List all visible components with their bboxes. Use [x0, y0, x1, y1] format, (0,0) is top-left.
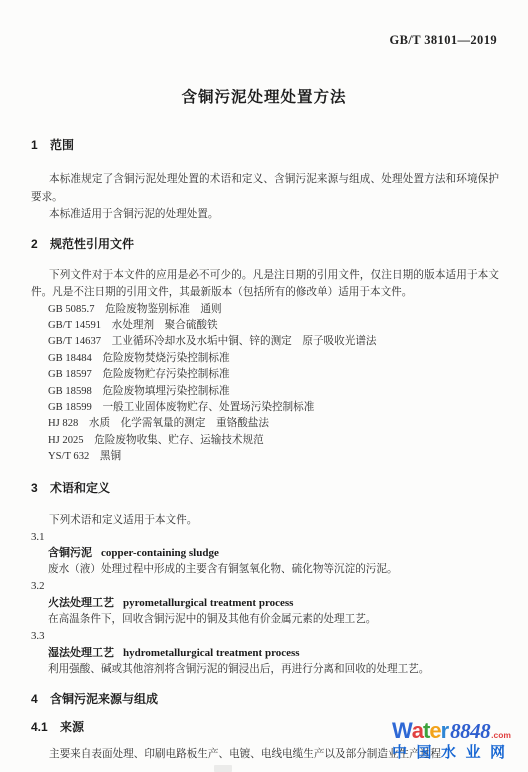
term-zh: 湿法处理工艺: [48, 647, 114, 659]
scope-paragraph-2: 本标准适用于含铜污泥的处理处置。: [31, 206, 499, 224]
reference-item: GB 18597 危险废物贮存污染控制标准: [31, 367, 499, 383]
reference-item: GB 18599 一般工业固体废物贮存、处置场污染控制标准: [31, 400, 499, 416]
section-number: 2: [31, 237, 38, 251]
page-number-artifact: [214, 765, 232, 772]
term-en: pyrometallurgical treatment process: [123, 597, 293, 609]
document-title: 含铜污泥处理处置方法: [0, 85, 528, 107]
term-definition: 在高温条件下，回收含铜污泥中的铜及其他有价金属元素的处理工艺。: [31, 612, 499, 628]
watermark-letter: e: [429, 719, 440, 743]
section-title: 含铜污泥来源与组成: [50, 692, 158, 706]
document-body: 1 范围 本标准规定了含铜污泥处理处置的术语和定义、含铜污泥来源与组成、处理处置…: [31, 138, 499, 764]
term-en: copper-containing sludge: [101, 547, 219, 559]
site-watermark: W a t e r 8848 .com 中国水业网: [392, 719, 526, 763]
reference-item: GB/T 14637 工业循环冷却水及水垢中铜、锌的测定 原子吸收光谱法: [31, 334, 499, 350]
section-title: 术语和定义: [50, 481, 110, 495]
scope-paragraph-1: 本标准规定了含铜污泥处理处置的术语和定义、含铜污泥来源与组成、处理处置方法和环境…: [31, 171, 499, 206]
terms-intro: 下列术语和定义适用于本文件。: [31, 512, 499, 529]
watermark-letter: r: [441, 719, 449, 743]
term-line: 含铜污泥copper-containing sludge: [31, 545, 499, 562]
section-heading-references: 2 规范性引用文件: [31, 237, 499, 251]
subsection-number: 4.1: [31, 720, 48, 734]
references-intro: 下列文件对于本文件的应用是必不可少的。凡是注日期的引用文件，仅注日期的版本适用于…: [31, 267, 499, 302]
reference-item: YS/T 632 黑铜: [31, 449, 499, 465]
clause-number: 3.3: [31, 628, 499, 644]
term-block: 3.3 湿法处理工艺hydrometallurgical treatment p…: [31, 628, 499, 678]
section-title: 规范性引用文件: [50, 237, 134, 251]
reference-list: GB 5085.7 危险废物鉴别标准 通则 GB/T 14591 水处理剂 聚合…: [31, 302, 499, 466]
term-line: 火法处理工艺pyrometallurgical treatment proces…: [31, 595, 499, 612]
reference-item: GB/T 14591 水处理剂 聚合硫酸铁: [31, 318, 499, 334]
subsection-title: 来源: [60, 720, 84, 734]
section-number: 1: [31, 138, 38, 152]
section-title: 范围: [50, 138, 74, 152]
term-zh: 火法处理工艺: [48, 597, 114, 609]
section-heading-terms: 3 术语和定义: [31, 481, 499, 495]
section-number: 4: [31, 692, 38, 706]
section-heading-source: 4 含铜污泥来源与组成: [31, 692, 499, 706]
section-number: 3: [31, 481, 38, 495]
reference-item: GB 18484 危险废物焚烧污染控制标准: [31, 351, 499, 367]
watermark-letter: a: [412, 719, 423, 743]
reference-item: HJ 828 水质 化学需氧量的测定 重铬酸盐法: [31, 416, 499, 432]
reference-item: HJ 2025 危险废物收集、贮存、运输技术规范: [31, 433, 499, 449]
scanned-standard-page: GB/T 38101—2019 含铜污泥处理处置方法 1 范围 本标准规定了含铜…: [0, 0, 528, 772]
term-line: 湿法处理工艺hydrometallurgical treatment proce…: [31, 645, 499, 662]
watermark-domain-suffix: .com: [491, 730, 511, 740]
clause-number: 3.1: [31, 529, 499, 545]
term-zh: 含铜污泥: [48, 547, 92, 559]
reference-item: GB 5085.7 危险废物鉴别标准 通则: [31, 302, 499, 318]
term-block: 3.2 火法处理工艺pyrometallurgical treatment pr…: [31, 578, 499, 628]
reference-item: GB 18598 危险废物填埋污染控制标准: [31, 384, 499, 400]
term-definition: 利用强酸、碱或其他溶剂将含铜污泥的铜浸出后，再进行分离和回收的处理工艺。: [31, 662, 499, 678]
watermark-number: 8848: [450, 719, 490, 743]
standard-number: GB/T 38101—2019: [389, 33, 497, 48]
term-block: 3.1 含铜污泥copper-containing sludge 废水（液）处理…: [31, 529, 499, 579]
watermark-brand: W a t e r 8848 .com: [392, 719, 526, 743]
watermark-letter: W: [392, 719, 412, 743]
watermark-subtitle: 中国水业网: [392, 743, 526, 763]
section-heading-scope: 1 范围: [31, 138, 499, 152]
term-en: hydrometallurgical treatment process: [123, 647, 300, 659]
clause-number: 3.2: [31, 578, 499, 594]
term-definition: 废水（液）处理过程中形成的主要含有铜氢氧化物、硫化物等沉淀的污泥。: [31, 562, 499, 578]
